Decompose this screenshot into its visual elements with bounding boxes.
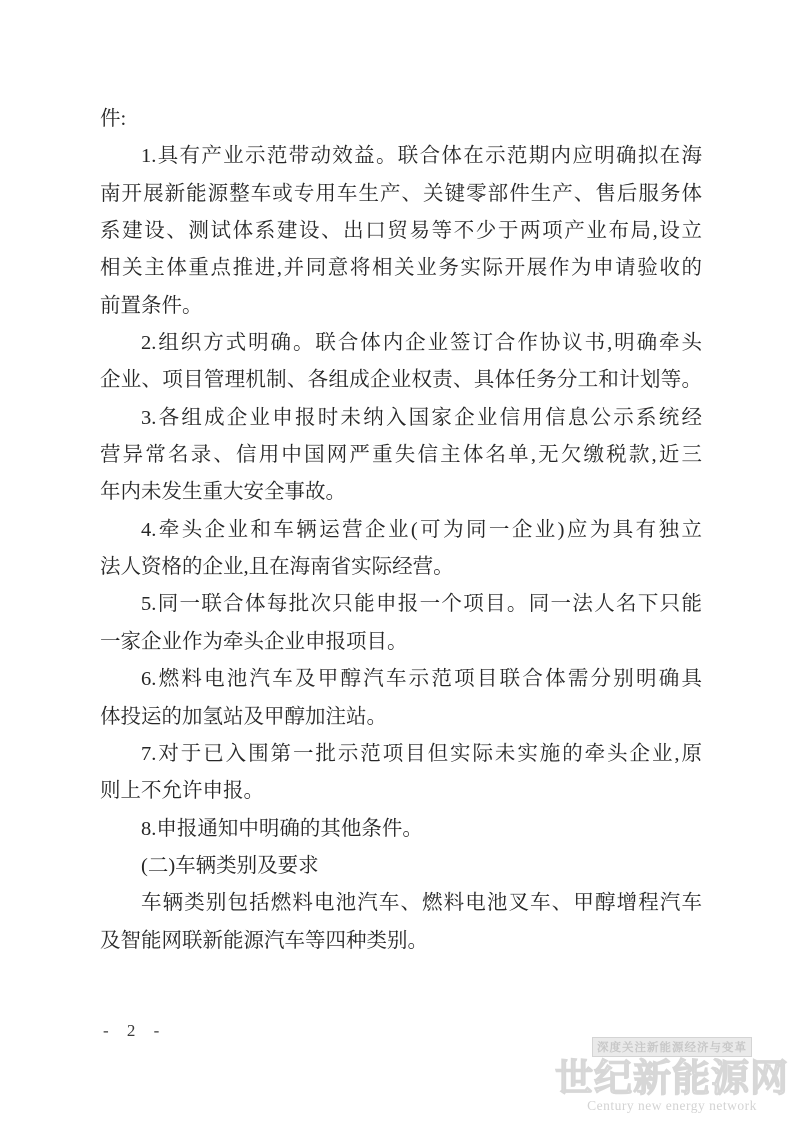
text-line: (二)车辆类别及要求 xyxy=(100,848,702,885)
document-page: 件:1.具有产业示范带动效益。联合体在示范期内应明确拟在海南开展新能源整车或专用… xyxy=(0,0,793,1122)
text-line: 一家企业作为牵头企业申报项目。 xyxy=(100,624,702,661)
text-line: 8.申报通知中明确的其他条件。 xyxy=(100,811,702,848)
text-line: 车辆类别包括燃料电池汽车、燃料电池叉车、甲醇增程汽车 xyxy=(100,885,702,922)
text-line: 前置条件。 xyxy=(100,288,702,325)
text-line: 3.各组成企业申报时未纳入国家企业信用信息公示系统经 xyxy=(100,400,702,437)
watermark-subtitle-en: Century new energy network xyxy=(548,1098,793,1114)
text-line: 则上不允许申报。 xyxy=(100,773,702,810)
text-line: 2.组织方式明确。联合体内企业签订合作协议书,明确牵头 xyxy=(100,325,702,362)
text-line: 及智能网联新能源汽车等四种类别。 xyxy=(100,923,702,960)
page-number: - 2 - xyxy=(103,1021,166,1041)
text-line: 件: xyxy=(100,101,702,138)
text-line: 1.具有产业示范带动效益。联合体在示范期内应明确拟在海 xyxy=(100,138,702,175)
text-line: 4.牵头企业和车辆运营企业(可为同一企业)应为具有独立 xyxy=(100,512,702,549)
watermark: 深度关注新能源经济与变革 世纪新能源网 Century new energy n… xyxy=(548,1037,793,1114)
text-line: 体投运的加氢站及甲醇加注站。 xyxy=(100,699,702,736)
text-line: 年内未发生重大安全事故。 xyxy=(100,474,702,511)
text-line: 系建设、测试体系建设、出口贸易等不少于两项产业布局,设立 xyxy=(100,213,702,250)
text-line: 营异常名录、信用中国网严重失信主体名单,无欠缴税款,近三 xyxy=(100,437,702,474)
watermark-logo-text: 世纪新能源网 xyxy=(548,1058,793,1100)
watermark-tagline: 深度关注新能源经济与变革 xyxy=(592,1037,752,1057)
text-line: 7.对于已入围第一批示范项目但实际未实施的牵头企业,原 xyxy=(100,736,702,773)
text-line: 相关主体重点推进,并同意将相关业务实际开展作为申请验收的 xyxy=(100,250,702,287)
text-line: 企业、项目管理机制、各组成企业权责、具体任务分工和计划等。 xyxy=(100,362,702,399)
text-line: 5.同一联合体每批次只能申报一个项目。同一法人名下只能 xyxy=(100,586,702,623)
text-line: 南开展新能源整车或专用车生产、关键零部件生产、售后服务体 xyxy=(100,176,702,213)
text-line: 法人资格的企业,且在海南省实际经营。 xyxy=(100,549,702,586)
text-line: 6.燃料电池汽车及甲醇汽车示范项目联合体需分别明确具 xyxy=(100,661,702,698)
document-body: 件:1.具有产业示范带动效益。联合体在示范期内应明确拟在海南开展新能源整车或专用… xyxy=(100,101,702,960)
